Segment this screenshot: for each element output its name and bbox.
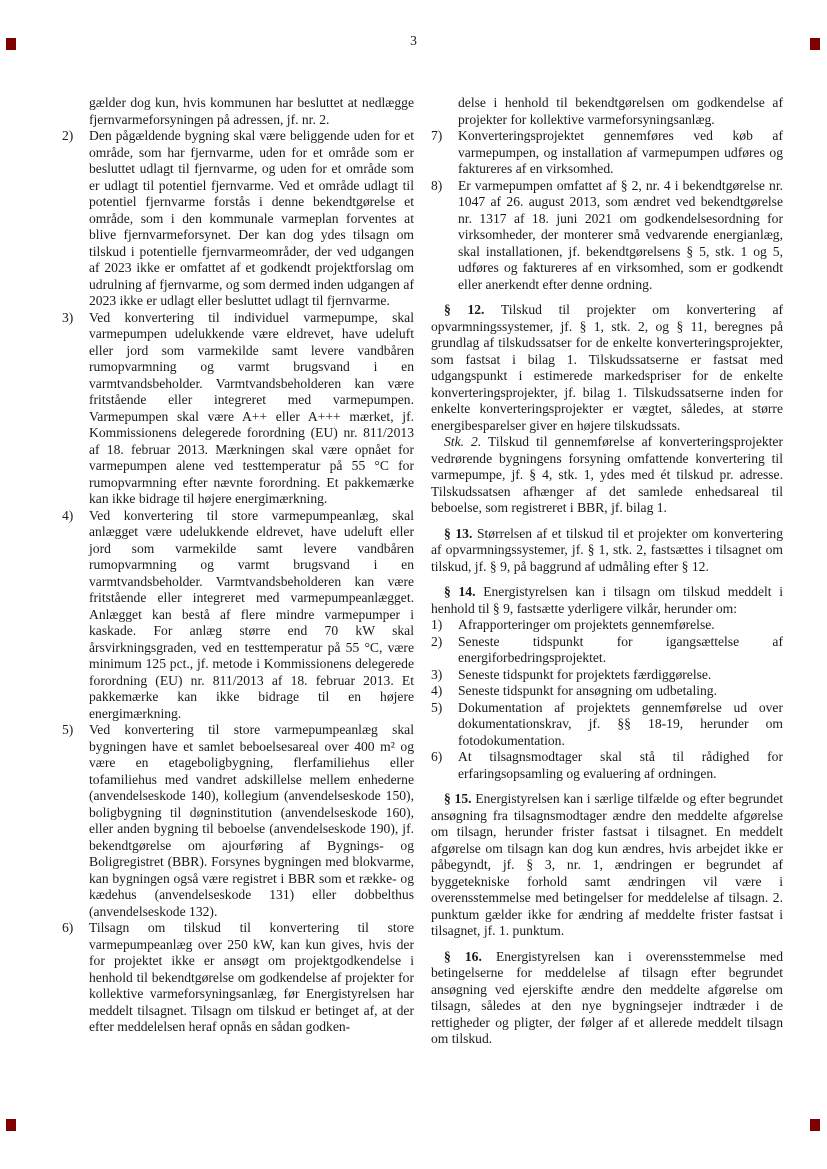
list-item-6: 6) Tilsagn om tilskud til konvertering t… [62,920,414,1036]
continuation-paragraph: gælder dog kun, hvis kommunen har beslut… [62,95,414,128]
list-marker: 5) [431,700,458,750]
list-item-text: Ved konvertering til store varmepumpeanl… [89,722,414,920]
list-marker: 3) [62,310,89,508]
list-marker: 5) [62,722,89,920]
section-15: § 15. Energistyrelsen kan i særlige tilf… [431,791,783,940]
list-item-text: Afrapporteringer om projektets gennemfør… [458,617,783,634]
section-text: Energistyrelsen kan i overensstemmelse m… [431,949,783,1047]
list-item-3: 3) Ved konvertering til individuel varme… [62,310,414,508]
left-column: gælder dog kun, hvis kommunen har beslut… [62,95,414,1048]
corner-mark-bottom-right [810,1119,820,1131]
section-12: § 12. Tilskud til projekter om konverter… [431,302,783,434]
section-text: Energistyrelsen kan i særlige tilfælde o… [431,791,783,938]
list-item-text: Ved konvertering til store varmepumpeanl… [89,508,414,723]
list-marker: 4) [62,508,89,723]
page-number: 3 [0,33,827,49]
list-item-8: 8) Er varmepumpen omfattet af § 2, nr. 4… [431,178,783,294]
list-item-text: Er varmepumpen omfattet af § 2, nr. 4 i … [458,178,783,294]
list-item-text: Ved konvertering til individuel varmepum… [89,310,414,508]
s14-list-item-6: 6) At tilsagnsmodtager skal stå til rådi… [431,749,783,782]
stk-text: Tilskud til gennemførelse af konverterin… [431,434,783,515]
list-marker: 6) [431,749,458,782]
list-marker: 4) [431,683,458,700]
document-page: 3 gælder dog kun, hvis kommunen har besl… [0,0,827,1169]
s14-list-item-1: 1) Afrapporteringer om projektets gennem… [431,617,783,634]
s14-list-item-4: 4) Seneste tidspunkt for ansøgning om ud… [431,683,783,700]
list-marker: 2) [431,634,458,667]
list-item-7: 7) Konverteringsprojektet gennemføres ve… [431,128,783,178]
text-columns: gælder dog kun, hvis kommunen har beslut… [62,95,783,1048]
s14-list-item-2: 2) Seneste tidspunkt for igangsættelse a… [431,634,783,667]
section-text: Størrelsen af et tilskud til et projekte… [431,526,783,574]
list-marker: 6) [62,920,89,1036]
list-marker: 8) [431,178,458,294]
list-item-4: 4) Ved konvertering til store varmepumpe… [62,508,414,723]
list-item-text: Tilsagn om tilskud til konvertering til … [89,920,414,1036]
s14-list-item-3: 3) Seneste tidspunkt for projektets færd… [431,667,783,684]
section-text: Energistyrelsen kan i tilsagn om tilskud… [431,584,783,616]
corner-mark-bottom-left [6,1119,16,1131]
list-marker: 7) [431,128,458,178]
list-marker: 1) [431,617,458,634]
list-item-text: Seneste tidspunkt for ansøgning om udbet… [458,683,783,700]
continuation-paragraph: delse i henhold til bekendtgørelsen om g… [431,95,783,128]
section-12-stk-2: Stk. 2. Tilskud til gennemførelse af kon… [431,434,783,517]
list-item-text: Den pågældende bygning skal være beligge… [89,128,414,310]
s14-list-item-5: 5) Dokumentation af projektets gennemfør… [431,700,783,750]
section-label: § 15. [444,791,472,806]
section-16: § 16. Energistyrelsen kan i overensstemm… [431,949,783,1048]
list-item-2: 2) Den pågældende bygning skal være beli… [62,128,414,310]
list-item-text: Konverteringsprojektet gennemføres ved k… [458,128,783,178]
list-item-text: Seneste tidspunkt for igangsættelse af e… [458,634,783,667]
section-label: § 14. [444,584,476,599]
list-marker: 3) [431,667,458,684]
section-14: § 14. Energistyrelsen kan i tilsagn om t… [431,584,783,617]
section-label: § 13. [444,526,472,541]
list-item-text: Seneste tidspunkt for projektets færdigg… [458,667,783,684]
section-13: § 13. Størrelsen af et tilskud til et pr… [431,526,783,576]
list-item-text: At tilsagnsmodtager skal stå til rådighe… [458,749,783,782]
list-item-text: Dokumentation af projektets gennemførels… [458,700,783,750]
list-marker: 2) [62,128,89,310]
section-text: Tilskud til projekter om konvertering af… [431,302,783,433]
stk-label: Stk. 2. [444,434,481,449]
section-label: § 12. [444,302,484,317]
section-label: § 16. [444,949,482,964]
right-column: delse i henhold til bekendtgørelsen om g… [431,95,783,1048]
list-item-5: 5) Ved konvertering til store varmepumpe… [62,722,414,920]
